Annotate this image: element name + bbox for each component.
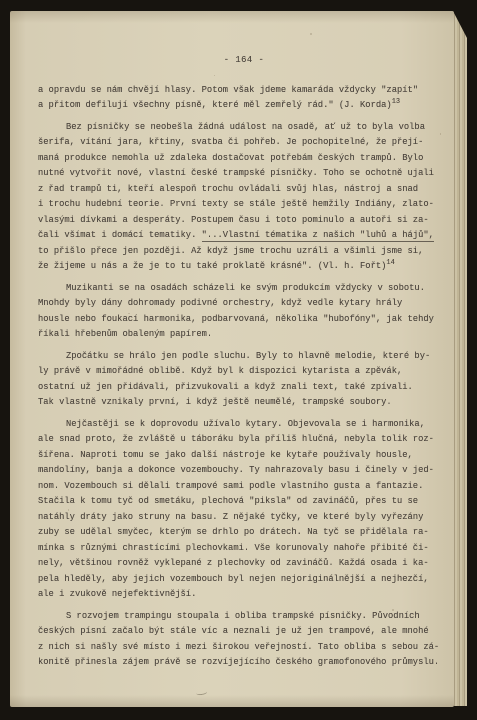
text-segment: housle nebo foukací harmonika, podbarvov… bbox=[38, 314, 434, 324]
paragraph: Muzikanti se na osadách scházeli ke svým… bbox=[38, 281, 450, 343]
text-line: a přitom defilují všechny písně, které m… bbox=[38, 98, 450, 114]
text-segment: maná produkce nemohla už zdaleka dostačo… bbox=[38, 153, 423, 163]
text-line: šířena. Naproti tomu se jako další nástr… bbox=[38, 448, 450, 464]
text-segment: Bez písničky se neobešla žádná událost n… bbox=[66, 122, 425, 132]
paragraph: Nejčastěji se k doprovodu užívalo kytary… bbox=[38, 417, 450, 603]
text-line: mínka s různými chrastícími plechovkami.… bbox=[38, 541, 450, 557]
paragraphs: a opravdu se nám chvějí hlasy. Potom vša… bbox=[38, 83, 450, 671]
text-line: ale i zvukově nejefektivnější. bbox=[38, 587, 450, 603]
text-line: Nejčastěji se k doprovodu užívalo kytary… bbox=[38, 417, 450, 433]
text-segment: ale snad proto, že zvláště u táboráku by… bbox=[38, 434, 434, 444]
text-line: z nich si našly své místo i mezi širokou… bbox=[38, 640, 450, 656]
page: - 164 - a opravdu se nám chvějí hlasy. P… bbox=[10, 11, 454, 707]
text-segment: i trochu hudební teorie. První texty se … bbox=[38, 199, 434, 209]
text-line: natáhly dráty jako struny na basu. Z něj… bbox=[38, 510, 450, 526]
text-segment: z řad trampů ti, kteří alespoň trochu ov… bbox=[38, 184, 418, 194]
text-line: Muzikanti se na osadách scházeli ke svým… bbox=[38, 281, 450, 297]
text-line: ostatní už jen přidávali, přizvukovali a… bbox=[38, 380, 450, 396]
paragraph: a opravdu se nám chvějí hlasy. Potom vša… bbox=[38, 83, 450, 114]
text-segment: S rozvojem trampingu stoupala i obliba t… bbox=[66, 611, 420, 621]
text-segment: Zpočátku se hrálo jen podle sluchu. Byly… bbox=[66, 351, 430, 361]
book-scan: - 164 - a opravdu se nám chvějí hlasy. P… bbox=[0, 0, 477, 720]
text-line: z řad trampů ti, kteří alespoň trochu ov… bbox=[38, 182, 450, 198]
text-line: konitě přinesla zájem právě se rozvíjejí… bbox=[38, 655, 450, 671]
text-line: S rozvojem trampingu stoupala i obliba t… bbox=[38, 609, 450, 625]
text-line: Mnohdy byly dány dohromady podivné orche… bbox=[38, 296, 450, 312]
text-line: i trochu hudební teorie. První texty se … bbox=[38, 197, 450, 213]
text-line: šerifa, vítání jara, křtiny, svatba či p… bbox=[38, 135, 450, 151]
text-line: Tak vlastně vznikaly první, i když ještě… bbox=[38, 395, 450, 411]
text-line: čali všímat i domácí tematiky. "...Vlast… bbox=[38, 228, 450, 244]
text-segment: šerifa, vítání jara, křtiny, svatba či p… bbox=[38, 137, 423, 147]
footnote-reference: 13 bbox=[392, 98, 400, 106]
text-segment: nutné vytvořit nové, vlastní české tramp… bbox=[38, 168, 434, 178]
text-line: nom. Vozembouch si dělali trampové sami … bbox=[38, 479, 450, 495]
text-segment: českých písní začalo být stále víc a nez… bbox=[38, 626, 429, 636]
text-line: a opravdu se nám chvějí hlasy. Potom vša… bbox=[38, 83, 450, 99]
text-line: říkali hřebenům obaleným papírem. bbox=[38, 327, 450, 343]
text-segment: mandolíny, banja a dokonce vozembouchy. … bbox=[38, 465, 434, 475]
page-number: - 164 - bbox=[38, 53, 450, 69]
text-segment: a opravdu se nám chvějí hlasy. Potom vša… bbox=[38, 85, 418, 95]
text-line: ly právě v mimořádné oblibě. Když byl k … bbox=[38, 364, 450, 380]
book-page-edges bbox=[454, 12, 467, 706]
text-segment: Muzikanti se na osadách scházeli ke svým… bbox=[66, 283, 425, 293]
text-segment: nom. Vozembouch si dělali trampové sami … bbox=[38, 481, 423, 491]
text-segment: vlasými dívkami a desperáty. Postupem ča… bbox=[38, 215, 429, 225]
scan-mark bbox=[196, 689, 208, 695]
scan-speck bbox=[310, 33, 312, 35]
text-line: zuby se udělal smyčec, kterým se drhlo p… bbox=[38, 525, 450, 541]
paragraph: Bez písničky se neobešla žádná událost n… bbox=[38, 120, 450, 275]
text-segment: čali všímat i domácí tematiky. bbox=[38, 230, 202, 240]
text-segment: to přišlo přece jen později. Až když jsm… bbox=[38, 246, 423, 256]
text-segment: natáhly dráty jako struny na basu. Z něj… bbox=[38, 512, 423, 522]
text-segment: zuby se udělal smyčec, kterým se drhlo p… bbox=[38, 527, 429, 537]
text-line: to přišlo přece jen později. Až když jsm… bbox=[38, 244, 450, 260]
paragraph: Zpočátku se hrálo jen podle sluchu. Byly… bbox=[38, 349, 450, 411]
text-line: maná produkce nemohla už zdaleka dostačo… bbox=[38, 151, 450, 167]
text-segment: ly právě v mimořádné oblibě. Když byl k … bbox=[38, 366, 402, 376]
paragraph: S rozvojem trampingu stoupala i obliba t… bbox=[38, 609, 450, 671]
text-line: českých písní začalo být stále víc a nez… bbox=[38, 624, 450, 640]
footnote-reference: 14 bbox=[386, 259, 394, 267]
text-line: nutné vytvořit nové, vlastní české tramp… bbox=[38, 166, 450, 182]
text-segment: šířena. Naproti tomu se jako další nástr… bbox=[38, 450, 413, 460]
text-segment: Tak vlastně vznikaly první, i když ještě… bbox=[38, 397, 392, 407]
text-line: mandolíny, banja a dokonce vozembouchy. … bbox=[38, 463, 450, 479]
text-segment: pela hleděly, aby jejich vozembouch byl … bbox=[38, 574, 429, 584]
text-segment: ale i zvukově nejefektivnější. bbox=[38, 589, 196, 599]
text-line: housle nebo foukací harmonika, podbarvov… bbox=[38, 312, 450, 328]
text-line: vlasými dívkami a desperáty. Postupem ča… bbox=[38, 213, 450, 229]
text-line: pela hleděly, aby jejich vozembouch byl … bbox=[38, 572, 450, 588]
text-segment: "...Vlastní tématika z našich "luhů a há… bbox=[202, 230, 434, 242]
text-segment: mínka s různými chrastícími plechovkami.… bbox=[38, 543, 429, 553]
text-line: Zpočátku se hrálo jen podle sluchu. Byly… bbox=[38, 349, 450, 365]
text-segment: Mnohdy byly dány dohromady podivné orche… bbox=[38, 298, 402, 308]
text-block: - 164 - a opravdu se nám chvějí hlasy. P… bbox=[38, 53, 450, 677]
text-line: že žijeme u nás a že je to tu také prokl… bbox=[38, 259, 450, 275]
text-line: Bez písničky se neobešla žádná událost n… bbox=[38, 120, 450, 136]
text-segment: z nich si našly své místo i mezi širokou… bbox=[38, 642, 439, 652]
text-line: ale snad proto, že zvláště u táboráku by… bbox=[38, 432, 450, 448]
text-segment: říkali hřebenům obaleným papírem. bbox=[38, 329, 212, 339]
text-segment: Nejčastěji se k doprovodu užívalo kytary… bbox=[66, 419, 425, 429]
text-line: nely, většinou rovněž vyklepané z plecho… bbox=[38, 556, 450, 572]
text-segment: že žijeme u nás a že je to tu také prokl… bbox=[38, 261, 386, 271]
text-segment: nely, většinou rovněž vyklepané z plecho… bbox=[38, 558, 429, 568]
text-line: Stačila k tomu tyč od smetáku, plechová … bbox=[38, 494, 450, 510]
text-segment: Stačila k tomu tyč od smetáku, plechová … bbox=[38, 496, 418, 506]
text-segment: konitě přinesla zájem právě se rozvíjejí… bbox=[38, 657, 439, 667]
text-segment: a přitom defilují všechny písně, které m… bbox=[38, 100, 392, 110]
text-segment: ostatní už jen přidávali, přizvukovali a… bbox=[38, 382, 413, 392]
